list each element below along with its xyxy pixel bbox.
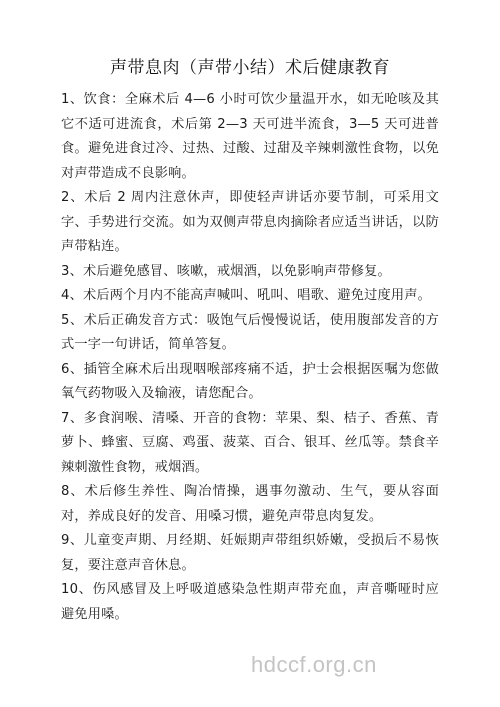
instruction-item-temperament: 8、术后修生养性、陶冶情操，遇事勿激动、生气，要从容面对，养成良好的发音、用嗓习… [61, 480, 439, 529]
instruction-item-voice-rest: 2、术后 2 周内注意休声，即使轻声讲话亦要节制，可采用文字、手势进行交流。如为… [61, 186, 439, 260]
watermark: hdccf.org.cn [251, 652, 377, 678]
instruction-item-speaking-method: 5、术后正确发音方式：吸饱气后慢慢说话，使用腹部发音的方式一字一句讲话，简单答复… [61, 309, 439, 358]
instruction-item-cold-infection: 10、伤风感冒及上呼吸道感染急性期声带充血，声音嘶哑时应避免用嗓。 [61, 578, 439, 627]
instruction-item-throat-pain: 6、插管全麻术后出现咽喉部疼痛不适，护士会根据医嘱为您做氧气药物吸入及输液，请您… [61, 358, 439, 407]
instruction-item-diet: 1、饮食：全麻术后 4—6 小时可饮少量温开水，如无呛咳及其它不适可进流食，术后… [61, 88, 439, 186]
instruction-item-foods: 7、多食润喉、清嗓、开音的食物：苹果、梨、桔子、香蕉、青萝卜、蜂蜜、豆腐、鸡蛋、… [61, 407, 439, 481]
instruction-item-no-shouting: 4、术后两个月内不能高声喊叫、吼叫、唱歌、避免过度用声。 [61, 284, 439, 309]
instruction-item-avoid-cold: 3、术后避免感冒、咳嗽，戒烟酒，以免影响声带修复。 [61, 260, 439, 285]
instruction-item-special-periods: 9、儿童变声期、月经期、妊娠期声带组织娇嫩，受损后不易恢复，要注意声音休息。 [61, 529, 439, 578]
instructions-list: 1、饮食：全麻术后 4—6 小时可饮少量温开水，如无呛咳及其它不适可进流食，术后… [61, 88, 439, 627]
document-title: 声带息肉（声带小结）术后健康教育 [0, 56, 500, 80]
